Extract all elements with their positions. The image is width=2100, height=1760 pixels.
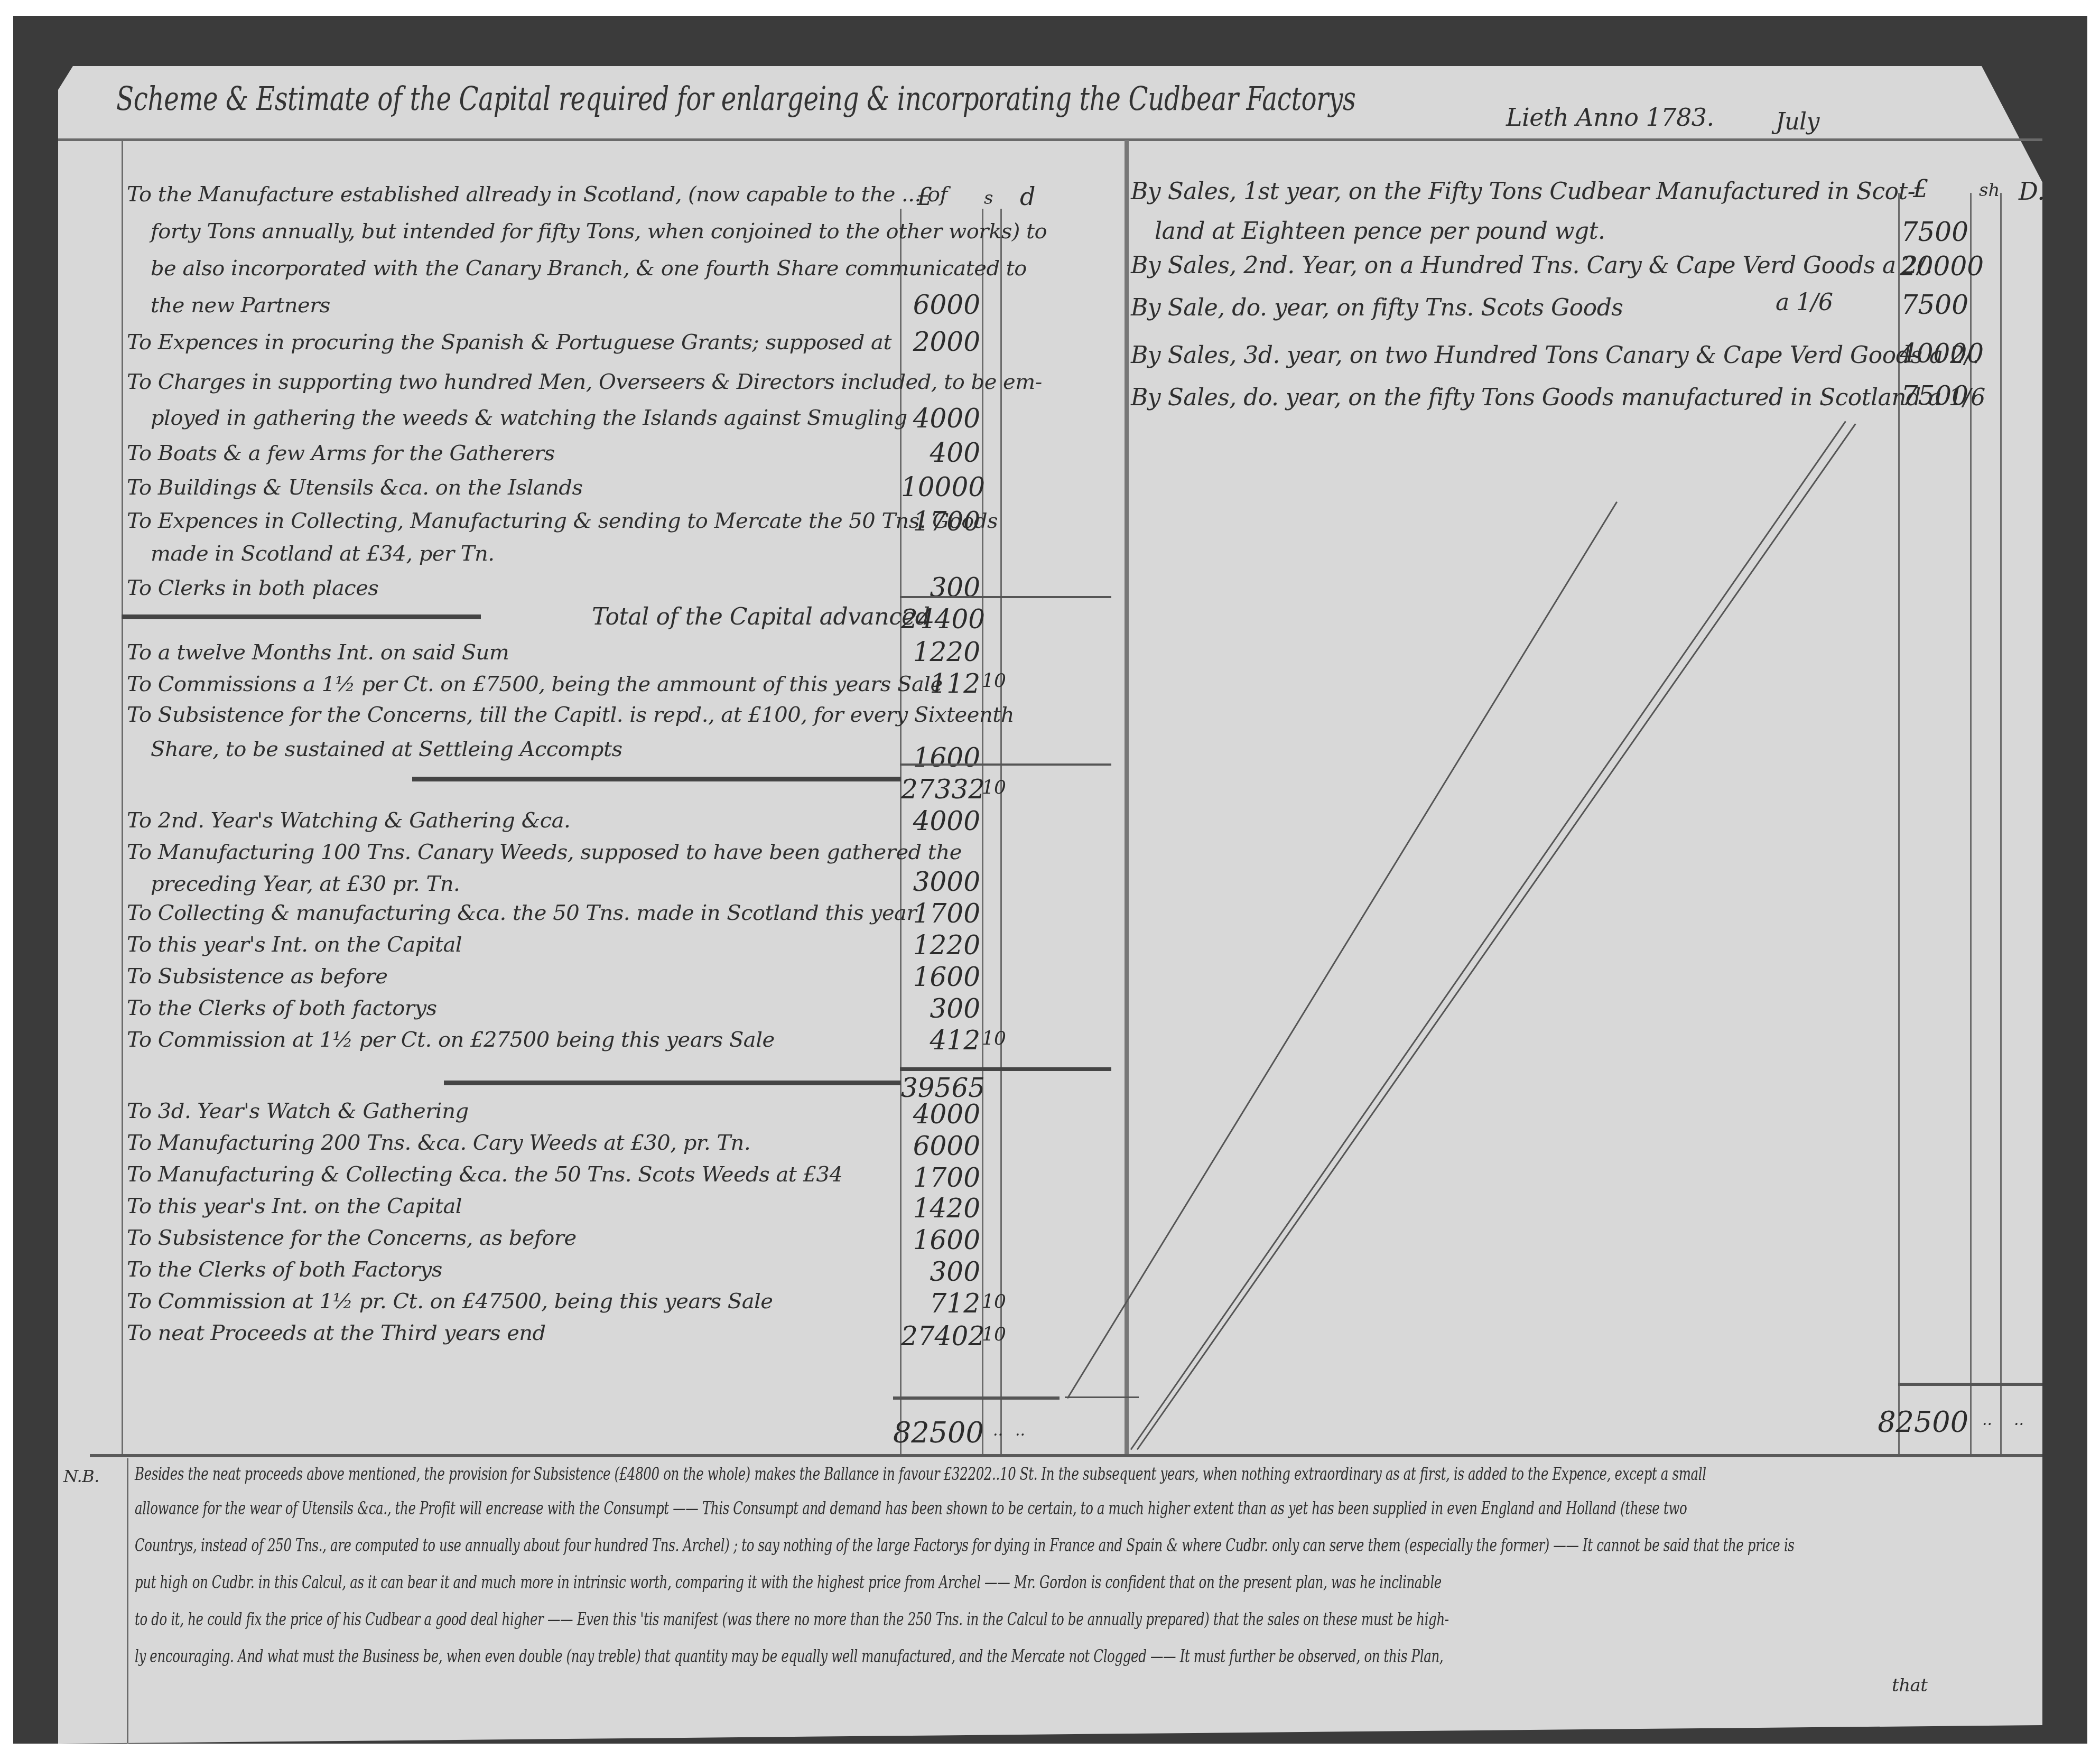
right-grand-total-pounds: 82500 [1860,1405,1968,1439]
nota-bene-marker: N.B. [63,1466,99,1486]
entry-line: To Buildings & Utensils &ca. on the Isla… [127,476,582,500]
year2-subtotal-rule [444,1081,901,1085]
entry-line: To Manufacturing & Collecting &ca. the 5… [127,1162,842,1187]
amount-pounds: 1420 [901,1193,980,1224]
left-pence-rule [1000,209,1002,1456]
amount-shillings: 10 [982,670,1003,692]
fill-line-horizontal [1065,1396,1139,1398]
amount-pounds: 2000 [901,327,980,357]
year1-subtotal-shillings: 10 [982,777,1003,798]
nota-bene-line: allowance for the wear of Utensils &ca.,… [135,1498,1687,1519]
entry-line: To this year's Int. on the Capital [127,1194,462,1218]
amount-pounds: 7500 [1900,290,1968,320]
entry-line: the new Partners [151,293,330,318]
nota-bene-rule [90,1454,2042,1457]
amount-pounds: 1700 [901,898,980,929]
left-shillings-header: s [984,188,993,209]
entry-line: To Subsistence for the Concerns, till th… [127,703,1014,727]
entry-line: To the Clerks of both factorys [127,996,437,1020]
entry-line: forty Tons annually, but intended for fi… [151,219,1047,244]
place-date: Lieth Anno 1783. [1506,103,1714,132]
entry-line: By Sales, 3d. year, on two Hundred Tons … [1131,343,1979,368]
amount-shillings: 10 [982,1324,1003,1345]
amount-pounds: 1700 [901,1162,980,1193]
amount-pounds: 400 [901,437,980,468]
amount-pounds: 6000 [901,1131,980,1161]
right-grand-total-pence: .. [2003,1411,2024,1429]
entry-line: By Sale, do. year, on fifty Tns. Scots G… [1131,296,1623,320]
right-grand-total-rule [1898,1383,2042,1386]
amount-pounds: 40000 [1900,338,1968,369]
amount-pounds: 1220 [901,930,980,961]
entry-line: preceding Year, at £30 pr. Tn. [151,872,460,896]
entry-line: To Subsistence for the Concerns, as befo… [127,1226,577,1250]
entry-line: To Manufacturing 200 Tns. &ca. Cary Weed… [127,1131,750,1155]
amount-pounds: 300 [901,1256,980,1287]
amount-pounds: 10000 [901,472,980,502]
entry-line: To Subsistence as before [127,964,387,989]
year2-column-rule [900,1067,1111,1071]
month-label: July [1776,108,1819,135]
amount-shillings: 10 [982,1028,1003,1049]
entry-line: To a twelve Months Int. on said Sum [127,640,509,665]
right-shillings-rule [1970,193,1972,1456]
entry-line: ployed in gathering the weeds & watching… [151,406,907,430]
nota-bene-line: Countrys, instead of 250 Tns., are compu… [135,1535,1795,1556]
year1-subtotal-rule [412,777,901,781]
center-divider-rule [1125,140,1129,1456]
document-title: Scheme & Estimate of the Capital require… [116,79,1355,118]
entry-line: To 3d. Year's Watch & Gathering [127,1099,469,1123]
capital-total-column-rule [900,596,1111,598]
title-rule [58,138,2042,141]
entry-line: Share, to be sustained at Settleing Acco… [151,737,622,761]
amount-pounds: 27402 [901,1321,980,1352]
entry-line: To the Manufacture established allready … [127,182,947,207]
left-pence-header: d [1020,182,1035,211]
capital-total-pounds: 24400 [901,604,980,635]
left-margin-rule [122,140,123,1456]
amount-pounds: 20000 [1900,251,1968,282]
amount-pounds: 6000 [901,290,980,320]
entry-line: To neat Proceeds at the Third years end [127,1321,546,1345]
amount-pounds: 300 [901,572,980,603]
entry-line: By Sales, 1st year, on the Fifty Tons Cu… [1131,180,1915,204]
amount-pounds: 1700 [901,506,980,537]
nota-bene-margin-rule [127,1458,128,1744]
nota-bene-line: to do it, he could fix the price of his … [135,1609,1449,1630]
nota-bene-line: ly encouraging. And what must the Busine… [135,1646,1443,1667]
amount-pounds: 1600 [901,1225,980,1255]
left-grand-total-rule [893,1396,1060,1400]
year1-subtotal-pounds: 27332 [901,774,980,805]
entry-line: To 2nd. Year's Watching & Gathering &ca. [127,808,570,833]
entry-line: By Sales, do. year, on the fifty Tons Go… [1131,386,1985,410]
amount-pounds: 7500 [1900,380,1968,411]
entry-line: To Commission at 1½ pr. Ct. on £47500, b… [127,1289,773,1314]
entry-line: To this year's Int. on the Capital [127,933,462,957]
left-grand-total-shillings: .. [982,1421,1003,1440]
entry-line: By Sales, 2nd. Year, on a Hundred Tns. C… [1131,254,1932,278]
entry-line: To Collecting & manufacturing &ca. the 5… [127,901,916,925]
amount-pounds: 1600 [901,962,980,992]
left-shillings-rule [982,209,983,1456]
year1-column-rule [900,763,1111,766]
entry-line: To Commission at 1½ per Ct. on £27500 be… [127,1028,775,1052]
entry-line: made in Scotland at £34, per Tn. [151,542,494,566]
right-pence-header: D. [2019,177,2045,206]
right-pence-rule [2000,193,2002,1456]
entry-line: To Clerks in both places [127,576,378,600]
amount-pounds: 4000 [901,1099,980,1130]
entry-line: To Charges in supporting two hundred Men… [127,370,1042,394]
amount-pounds: 4000 [901,806,980,836]
right-pounds-header: £ [1913,174,1928,203]
left-grand-total-pounds: 82500 [893,1416,980,1449]
nota-bene-line: put high on Cudbr. in this Calcul, as it… [135,1572,1442,1593]
amount-pounds: 712 [901,1288,980,1319]
nota-bene-line: that [1892,1675,1928,1696]
amount-pounds: 7500 [1900,217,1968,247]
entry-line: To Expences in procuring the Spanish & P… [127,330,891,355]
capital-total-label: Total of the Capital advanced [592,605,930,629]
amount-pounds: 412 [901,1025,980,1056]
amount-pounds: 1600 [901,742,980,773]
amount-pounds: 112 [901,668,980,699]
entry-rate: a 1/6 [1776,291,1833,315]
entry-line: To Commissions a 1½ per Ct. on £7500, be… [127,672,943,696]
entry-line: land at Eighteen pence per pound wgt. [1155,219,1605,244]
amount-pounds: 1220 [901,637,980,667]
entry-line: To Manufacturing 100 Tns. Canary Weeds, … [127,840,962,864]
right-shillings-header: sh [1979,180,2000,201]
entry-line: To Expences in Collecting, Manufacturing… [127,509,998,533]
amount-shillings: 10 [982,1291,1003,1312]
capital-total-rule [122,614,481,619]
right-grand-total-shillings: .. [1971,1411,1992,1429]
entry-line: To the Clerks of both Factorys [127,1258,442,1282]
amount-pounds: 3000 [901,867,980,897]
entry-line: be also incorporated with the Canary Bra… [151,256,1027,281]
left-grand-total-pence: .. [1004,1421,1025,1440]
nota-bene-line: Besides the neat proceeds above mentione… [135,1464,1706,1485]
amount-pounds: 300 [901,993,980,1024]
amount-pounds: 4000 [901,403,980,434]
entry-line: To Boats & a few Arms for the Gatherers [127,441,555,465]
